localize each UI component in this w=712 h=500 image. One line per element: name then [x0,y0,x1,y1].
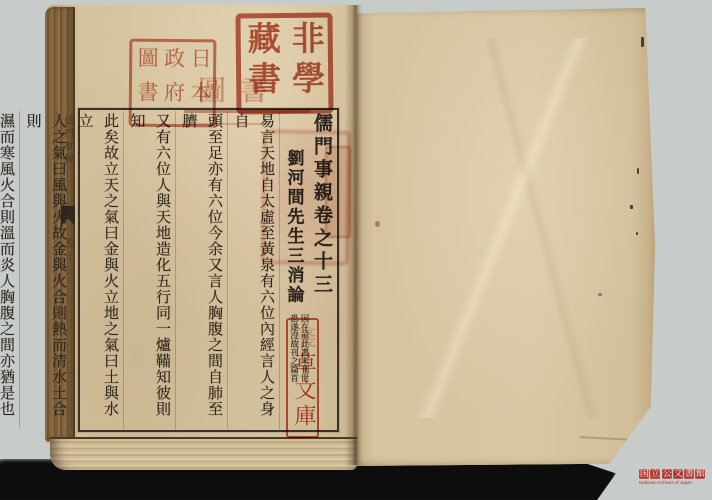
library-seal-left-column: 藏書 [240,18,285,109]
naj-tile: 立 [651,469,661,479]
library-seal: 非學 藏書 [235,12,333,114]
naj-watermark: 国 立 公 文 書 館 National Archives of Japan [639,469,709,489]
body-column: 又有六位人與天地造化五行同一爐鞴知彼則知 [123,111,175,429]
right-blank-page [352,8,655,466]
naj-tile: 書 [684,469,694,479]
japanese-government-library-seal: 日本 政府 圖書 [129,39,217,128]
red-ink-speck [375,221,380,227]
naj-tile: 国 [639,469,649,479]
naj-subtitle: National Archives of Japan [639,480,678,485]
scan-background: 儒門事親 卷十三 一 儒門事親卷之十三 劉河間先生三消論因在前此書未刊世恐遂沒故… [0,0,712,500]
ink-speck [598,293,602,296]
bottom-page-edge-stack [50,437,357,470]
naj-kanji-tiles: 国 立 公 文 書 館 [639,469,709,479]
library-seal-right-column: 非學 [284,18,329,109]
ink-speck [641,37,644,47]
naj-tile: 公 [662,469,672,479]
faded-seal-impression [325,146,351,238]
naj-tile: 文 [673,469,683,479]
paper-crease [580,436,652,441]
naj-tile: 館 [696,469,706,479]
ink-speck [630,205,633,209]
paper-crease [392,38,622,418]
body-column: 人之氣曰風與火故金與火合則熱而清水土合則 [19,111,71,429]
ink-speck [636,232,638,235]
body-column: 頭至足亦有六位今余又言人胸腹之間自肺至臍 [175,111,227,429]
body-column: 濕而寒風火合則溫而炎人胸腹之間亦猶是也肺 [0,111,19,429]
body-column: 此矣故立天之氣曰金與火立地之氣曰土與水立 [71,111,123,429]
asakusa-bunko-seal: 淺草文庫 [286,318,319,438]
ink-speck [637,168,639,174]
